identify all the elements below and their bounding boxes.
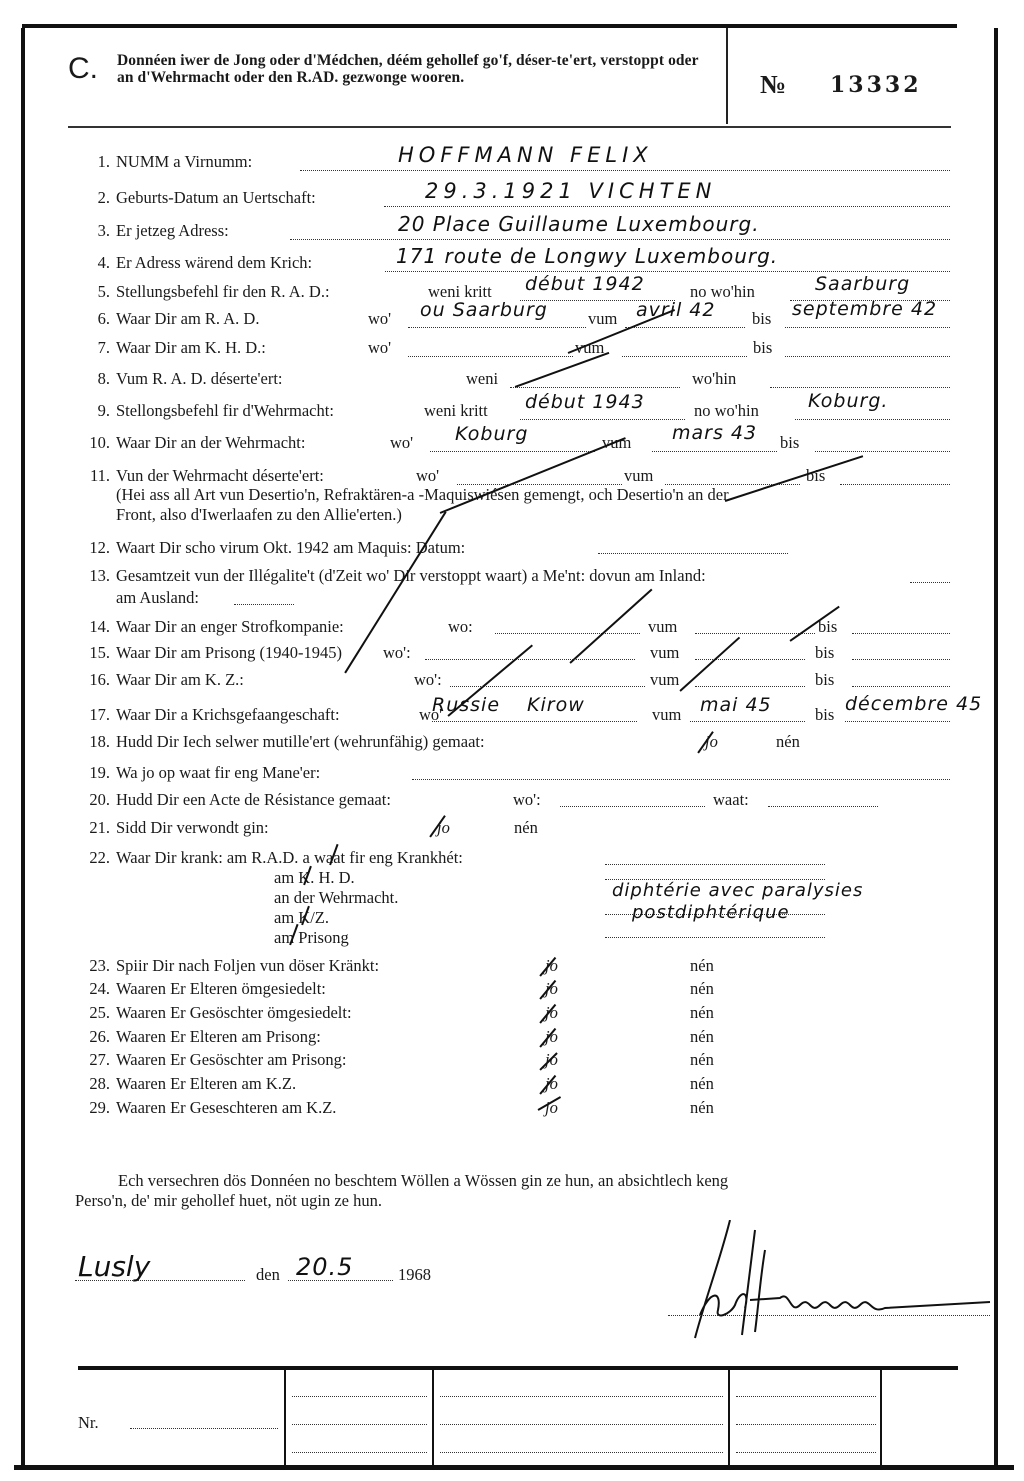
number-sign: № — [760, 70, 786, 100]
field-21: 21.Sidd Dir verwondt gin: — [78, 818, 269, 838]
field-25: 25.Waaren Er Gesöschter ömgesiedelt: — [78, 1003, 352, 1023]
field-23: 23.Spiir Dir nach Foljen vun döser Kränk… — [78, 956, 379, 976]
no-option[interactable]: nén — [776, 732, 800, 752]
dotted-line — [292, 1424, 427, 1425]
dotted-line — [432, 721, 637, 722]
header-rule — [68, 126, 951, 128]
field-26: 26.Waaren Er Elteren am Prisong: — [78, 1027, 321, 1047]
no-option[interactable]: nén — [514, 818, 538, 838]
dotted-line — [430, 451, 595, 452]
wehrmacht-destination[interactable]: Koburg. — [808, 390, 888, 412]
bis-label: bis — [752, 309, 771, 329]
dotted-line — [385, 271, 950, 272]
field-10: 10.Waar Dir an der Wehrmacht: — [78, 433, 305, 453]
footer-col-divider — [284, 1370, 286, 1466]
dotted-line — [408, 356, 573, 357]
dotted-line — [736, 1396, 876, 1397]
field-7: 7.Waar Dir am K. H. D.: — [78, 338, 266, 358]
den-label: den — [256, 1265, 280, 1285]
field-9: 9.Stellongsbefehl fir d'Wehrmacht: — [78, 401, 334, 421]
field-6: 6.Waar Dir am R. A. D. — [78, 309, 259, 329]
signature — [660, 1220, 1000, 1340]
dotted-line — [605, 864, 825, 865]
field-14: 14.Waar Dir an enger Strofkompanie: — [78, 617, 344, 637]
nr-input — [130, 1428, 278, 1429]
declaration-line-1: Ech versechren dös Donnéen no beschtem W… — [118, 1171, 728, 1191]
dotted-line — [690, 721, 805, 722]
no-option[interactable]: nén — [690, 979, 714, 999]
year: 1968 — [398, 1265, 431, 1285]
dotted-line — [768, 806, 878, 807]
dotted-line — [815, 451, 950, 452]
dotted-line — [440, 1452, 723, 1453]
field-3: 3.Er jetzeg Adress: — [78, 221, 229, 241]
field-27: 27.Waaren Er Gesöschter am Prisong: — [78, 1050, 347, 1070]
field-11: 11.Vun der Wehrmacht déserte'ert: — [78, 466, 324, 486]
rad-where[interactable]: ou Saarburg — [420, 299, 548, 321]
dotted-line — [845, 721, 950, 722]
rad-order-date[interactable]: début 1942 — [525, 273, 645, 295]
footer-table-top — [78, 1366, 958, 1370]
rad-until[interactable]: septembre 42 — [792, 298, 937, 320]
no-option[interactable]: nén — [690, 1003, 714, 1023]
field-17: 17.Waar Dir a Krichsgefaangeschaft: — [78, 705, 340, 725]
strike-mark — [569, 589, 652, 664]
footer-col-divider — [880, 1370, 882, 1466]
field-24: 24.Waaren Er Elteren ömgesiedelt: — [78, 979, 326, 999]
wehrmacht-where[interactable]: Koburg — [455, 423, 528, 445]
dotted-line — [384, 206, 950, 207]
field-19: 19.Wa jo op waat fir eng Mane'er: — [78, 763, 320, 783]
field-12: 12.Waart Dir scho virum Okt. 1942 am Maq… — [78, 538, 465, 558]
declaration-line-2: Perso'n, de' mir gehollef huet, nöt ugin… — [75, 1191, 382, 1211]
form-title: Donnéen iwer de Jong oder d'Médchen, déé… — [117, 52, 717, 86]
form-number: 13332 — [830, 72, 922, 98]
field-29: 29.Waaren Er Geseschteren am K.Z. — [78, 1098, 336, 1118]
no-option[interactable]: nén — [690, 956, 714, 976]
dotted-line — [560, 806, 705, 807]
section-letter: C. — [68, 52, 98, 86]
dotted-line — [852, 633, 950, 634]
captivity-where[interactable]: Russie Kirow — [432, 694, 585, 716]
field-4: 4.Er Adress wärend dem Krich: — [78, 253, 312, 273]
field-2: 2.Geburts-Datum an Uertschaft: — [78, 188, 316, 208]
dotted-line — [625, 327, 745, 328]
strike-mark — [568, 309, 675, 354]
dotted-line — [695, 686, 805, 687]
dotted-line — [785, 327, 950, 328]
dotted-line — [852, 659, 950, 660]
field-28: 28.Waaren Er Elteren am K.Z. — [78, 1074, 296, 1094]
dotted-line — [840, 484, 950, 485]
dotted-line — [736, 1452, 876, 1453]
header-divider — [726, 28, 728, 124]
dotted-line — [450, 686, 645, 687]
captivity-until[interactable]: décembre 45 — [845, 693, 982, 715]
dotted-line — [520, 419, 685, 420]
dotted-line — [736, 1424, 876, 1425]
dotted-line — [300, 170, 950, 171]
footer-col-divider — [432, 1370, 434, 1466]
birth-input[interactable]: 29.3.1921 VICHTEN — [425, 179, 716, 203]
field-8: 8.Vum R. A. D. déserte'ert: — [78, 369, 283, 389]
field-15: 15.Waar Dir am Prisong (1940-1945) — [78, 643, 342, 663]
wehrmacht-from[interactable]: mars 43 — [672, 422, 757, 444]
no-option[interactable]: nén — [690, 1050, 714, 1070]
name-input[interactable]: HOFFMANN FELIX — [398, 143, 653, 167]
illness-line-1[interactable]: diphtérie avec paralysies — [612, 880, 863, 901]
dotted-line — [770, 387, 950, 388]
sub-option: am K. H. D. — [274, 868, 355, 888]
field-20: 20.Hudd Dir een Acte de Résistance gemaa… — [78, 790, 391, 810]
field-5: 5.Stellungsbefehl fir den R. A. D.: — [78, 282, 330, 302]
rad-from[interactable]: avril 42 — [636, 299, 715, 321]
dotted-line — [292, 1452, 427, 1453]
field-13: 13.Gesamtzeit vun der Illégalite't (d'Ze… — [78, 566, 706, 586]
place-input[interactable]: Lusly — [78, 1250, 150, 1283]
sub-option: an der Wehrmacht. — [274, 888, 398, 908]
field-16: 16.Waar Dir am K. Z.: — [78, 670, 244, 690]
strike-mark — [725, 455, 863, 502]
dotted-line — [408, 327, 586, 328]
frame-bottom-border — [14, 1465, 1014, 1470]
illness-line-2[interactable]: postdiphtérique — [632, 902, 790, 923]
no-option[interactable]: nén — [690, 1074, 714, 1094]
field-1: 1.NUMM a Virnumm: — [78, 152, 252, 172]
nr-label: Nr. — [78, 1413, 99, 1433]
field-13-line2: am Ausland: — [116, 588, 199, 608]
no-option[interactable]: nén — [690, 1027, 714, 1047]
frame-left-border — [21, 28, 25, 1470]
dotted-line — [785, 356, 950, 357]
dotted-line — [495, 633, 640, 634]
wartime-address-input[interactable]: 171 route de Longwy Luxembourg. — [396, 244, 778, 268]
dotted-line — [652, 451, 777, 452]
field-11-note-2: Front, also d'Iwerlaafen zu den Allie'er… — [116, 505, 402, 525]
dotted-line — [234, 604, 294, 605]
rad-destination[interactable]: Saarburg — [815, 273, 910, 295]
dotted-line — [510, 387, 680, 388]
field-18: 18.Hudd Dir Iech selwer mutille'ert (weh… — [78, 732, 485, 752]
frame-top-border — [22, 24, 957, 28]
field-label: NUMM a Virnumm: — [116, 152, 252, 171]
dotted-line — [852, 686, 950, 687]
captivity-from[interactable]: mai 45 — [700, 694, 772, 716]
dotted-line — [440, 1396, 723, 1397]
dotted-line — [910, 582, 950, 583]
dotted-line — [795, 419, 950, 420]
dotted-line — [622, 356, 747, 357]
no-option[interactable]: nén — [690, 1098, 714, 1118]
strike-mark — [515, 352, 610, 388]
wo-label: wo' — [368, 309, 391, 329]
dotted-line — [412, 779, 950, 780]
dotted-line — [605, 937, 825, 938]
dotted-line — [290, 239, 950, 240]
wehrmacht-order-date[interactable]: début 1943 — [525, 391, 645, 413]
strike-mark — [679, 637, 740, 692]
current-address-input[interactable]: 20 Place Guillaume Luxembourg. — [398, 212, 760, 236]
vum-label: vum — [588, 309, 617, 329]
dotted-line — [440, 1424, 723, 1425]
sub-option: am Prisong — [274, 928, 349, 948]
dotted-line — [425, 659, 635, 660]
date-input[interactable]: 20.5 — [296, 1253, 353, 1281]
dotted-line — [598, 553, 788, 554]
dotted-line — [292, 1396, 427, 1397]
footer-col-divider — [728, 1370, 730, 1466]
field-22: 22.Waar Dir krank: am R.A.D. a waat fir … — [78, 848, 463, 868]
field-11-note: (Hei ass all Art vun Desertio'n, Refrakt… — [116, 485, 729, 505]
